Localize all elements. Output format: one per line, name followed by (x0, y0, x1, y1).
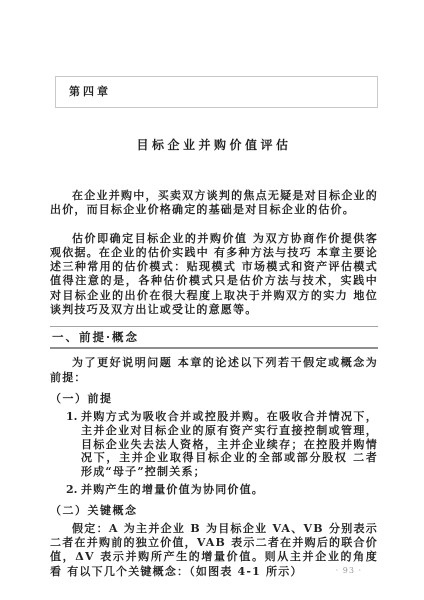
page-number: · 93 · (336, 566, 362, 575)
premise-list: 1. 并购方式为吸收合并或控股并购。在吸收合并情况下，主并企业对目标企业的原有资… (50, 410, 378, 497)
intro-paragraph-1: 在企业并购中，买卖双方谈判的焦点无疑是对目标企业的出价，而目标企业价格确定的基础… (50, 189, 378, 218)
section-heading-premise-concepts: 一、前提·概念 (50, 326, 378, 349)
document-title: 目标企业并购价值评估 (50, 136, 378, 153)
subsection-heading-premise: （一）前提 (50, 390, 378, 406)
list-item-1: 1. 并购方式为吸收合并或控股并购。在吸收合并情况下，主并企业对目标企业的原有资… (50, 410, 378, 479)
list-item-1-number: 1. (66, 410, 77, 424)
section-lead-paragraph: 为了更好说明问题 本章的论述以下列若干假定或概念为前提： (50, 356, 378, 385)
subsection-heading-key-concepts: （二）关键概念 (50, 502, 378, 518)
chapter-label: 第四章 (69, 85, 111, 98)
list-item-2-text: 并购产生的增量价值为协同价值。 (81, 483, 264, 496)
list-item-2-number: 2. (66, 483, 77, 497)
key-concepts-paragraph: 假定：A 为主并企业 B 为目标企业 VA、VB 分别表示二者在并购前的独立价值… (50, 522, 378, 579)
list-item-2: 2. 并购产生的增量价值为协同价值。 (50, 483, 378, 497)
intro-paragraph-2: 估价即确定目标企业的并购价值 为双方协商作价提供客观依据。在企业的估价实践中 有… (50, 232, 378, 318)
page-content: 第四章 目标企业并购价值评估 在企业并购中，买卖双方谈判的焦点无疑是对目标企业的… (50, 0, 378, 579)
document-page: 第四章 目标企业并购价值评估 在企业并购中，买卖双方谈判的焦点无疑是对目标企业的… (0, 0, 424, 600)
chapter-box: 第四章 (55, 76, 378, 108)
list-item-1-text: 并购方式为吸收合并或控股并购。在吸收合并情况下，主并企业对目标企业的原有资产实行… (81, 410, 378, 478)
